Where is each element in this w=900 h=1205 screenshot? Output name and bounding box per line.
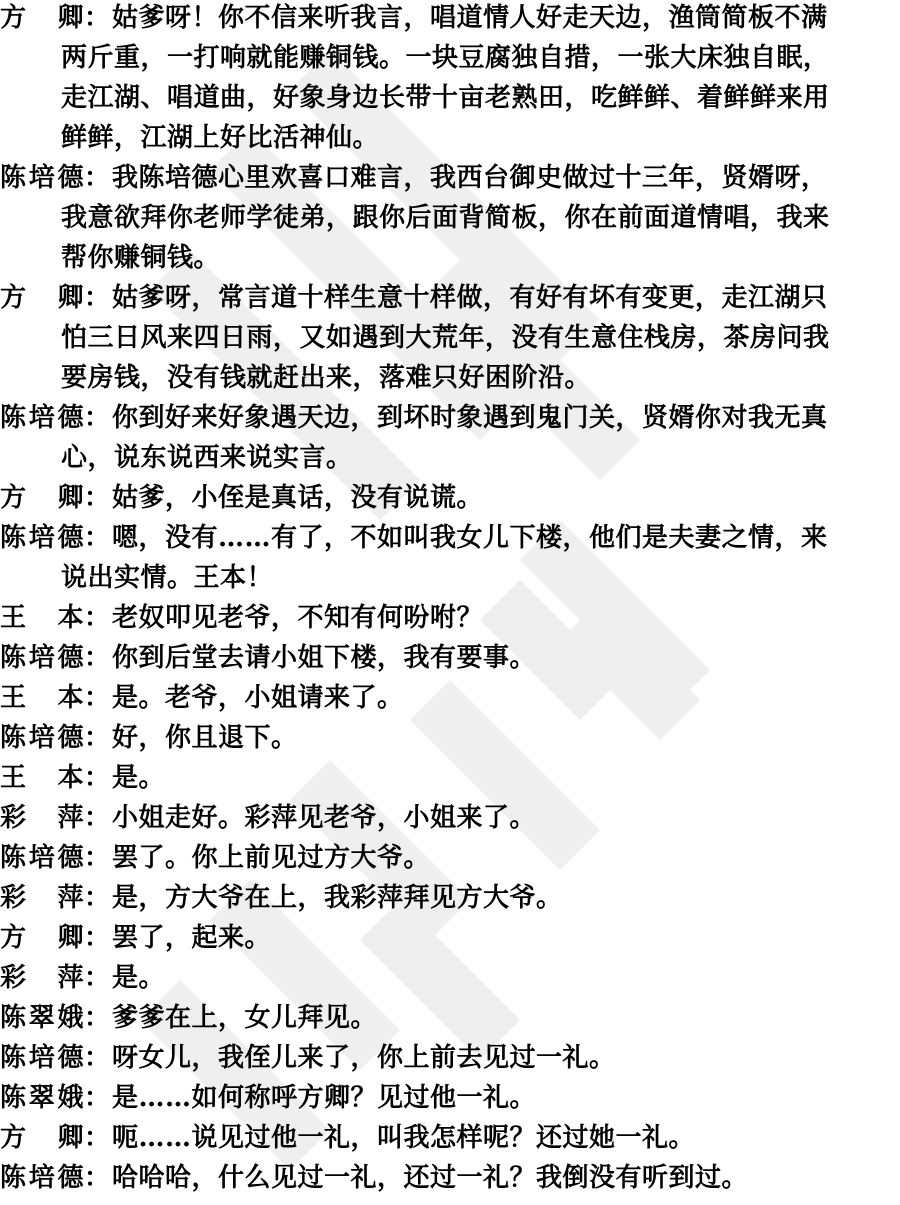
speaker-name: 陈培德 bbox=[0, 840, 84, 880]
dialogue-entry: 陈培德：嗯，没有……有了，不如叫我女儿下楼，他们是夫妻之情，来说出实情。王本！ bbox=[0, 520, 900, 600]
dialogue-entry: 王本：老奴叩见老爷，不知有何吩咐？ bbox=[0, 600, 900, 640]
speaker-colon: ： bbox=[84, 600, 112, 640]
dialogue-entry: 王本：是。 bbox=[0, 760, 900, 800]
dialogue-line-first: 王本：是。老爷，小姐请来了。 bbox=[0, 680, 900, 720]
dialogue-line-first: 方卿：姑爹，小侄是真话，没有说谎。 bbox=[0, 480, 900, 520]
dialogue-entry: 方卿：姑爹呀！你不信来听我言，唱道情人好走天边，渔筒简板不满两斤重，一打响就能赚… bbox=[0, 0, 900, 160]
dialogue-text: 姑爹呀！你不信来听我言，唱道情人好走天边，渔筒简板不满 bbox=[112, 0, 828, 40]
speaker-name: 王本 bbox=[0, 760, 84, 800]
dialogue-entry: 陈培德：呀女儿，我侄儿来了，你上前去见过一礼。 bbox=[0, 1040, 900, 1080]
dialogue-text: 嗯，没有……有了，不如叫我女儿下楼，他们是夫妻之情，来 bbox=[112, 520, 828, 560]
dialogue-line-continuation: 两斤重，一打响就能赚铜钱。一块豆腐独自措，一张大床独自眠， bbox=[0, 40, 900, 80]
dialogue-entry: 彩萍：小姐走好。彩萍见老爷，小姐来了。 bbox=[0, 800, 900, 840]
dialogue-text: 老奴叩见老爷，不知有何吩咐？ bbox=[112, 600, 483, 640]
dialogue-line-first: 彩萍：是。 bbox=[0, 960, 900, 1000]
dialogue-line-continuation: 说出实情。王本！ bbox=[0, 560, 900, 600]
speaker-colon: ： bbox=[84, 800, 112, 840]
dialogue-line-first: 陈培德：我陈培德心里欢喜口难言，我西台御史做过十三年，贤婿呀， bbox=[0, 160, 900, 200]
dialogue-text: 是，方大爷在上，我彩萍拜见方大爷。 bbox=[112, 880, 563, 920]
speaker-name: 方卿 bbox=[0, 920, 84, 960]
speaker-colon: ： bbox=[84, 1000, 112, 1040]
speaker-name: 陈培德 bbox=[0, 160, 84, 200]
dialogue-line-first: 方卿：罢了，起来。 bbox=[0, 920, 900, 960]
dialogue-line-first: 王本：老奴叩见老爷，不知有何吩咐？ bbox=[0, 600, 900, 640]
dialogue-entry: 王本：是。老爷，小姐请来了。 bbox=[0, 680, 900, 720]
dialogue-text: 罢了，起来。 bbox=[112, 920, 271, 960]
dialogue-line-first: 陈翠娥：是……如何称呼方卿？见过他一礼。 bbox=[0, 1080, 900, 1120]
dialogue-entry: 陈翠娥：是……如何称呼方卿？见过他一礼。 bbox=[0, 1080, 900, 1120]
dialogue-entry: 方卿：姑爹，小侄是真话，没有说谎。 bbox=[0, 480, 900, 520]
speaker-colon: ： bbox=[84, 640, 112, 680]
speaker-name: 陈培德 bbox=[0, 400, 84, 440]
dialogue-line-continuation: 鲜鲜，江湖上好比活神仙。 bbox=[0, 120, 900, 160]
dialogue-line-first: 陈培德：好，你且退下。 bbox=[0, 720, 900, 760]
speaker-colon: ： bbox=[84, 760, 112, 800]
dialogue-text: 你到好来好象遇天边，到坏时象遇到鬼门关，贤婿你对我无真 bbox=[112, 400, 828, 440]
dialogue-line-continuation: 走江湖、唱道曲，好象身边长带十亩老熟田，吃鲜鲜、着鲜鲜来用 bbox=[0, 80, 900, 120]
dialogue-entry: 方卿：呃……说见过他一礼，叫我怎样呢？还过她一礼。 bbox=[0, 1120, 900, 1160]
dialogue-entry: 陈培德：好，你且退下。 bbox=[0, 720, 900, 760]
speaker-colon: ： bbox=[84, 880, 112, 920]
speaker-name: 陈翠娥 bbox=[0, 1080, 84, 1120]
dialogue-text: 是。 bbox=[112, 960, 165, 1000]
dialogue-line-continuation: 心，说东说西来说实言。 bbox=[0, 440, 900, 480]
speaker-name: 方卿 bbox=[0, 1120, 84, 1160]
dialogue-text: 哈哈哈，什么见过一礼，还过一礼？我倒没有听到过。 bbox=[112, 1160, 748, 1200]
speaker-name: 陈培德 bbox=[0, 1040, 84, 1080]
dialogue-line-first: 方卿：姑爹呀！你不信来听我言，唱道情人好走天边，渔筒简板不满 bbox=[0, 0, 900, 40]
speaker-name: 方卿 bbox=[0, 480, 84, 520]
dialogue-line-first: 陈培德：你到好来好象遇天边，到坏时象遇到鬼门关，贤婿你对我无真 bbox=[0, 400, 900, 440]
speaker-name: 方卿 bbox=[0, 0, 84, 40]
dialogue-entry: 方卿：罢了，起来。 bbox=[0, 920, 900, 960]
dialogue-line-first: 彩萍：是，方大爷在上，我彩萍拜见方大爷。 bbox=[0, 880, 900, 920]
dialogue-text: 呃……说见过他一礼，叫我怎样呢？还过她一礼。 bbox=[112, 1120, 695, 1160]
speaker-colon: ： bbox=[84, 920, 112, 960]
speaker-name: 陈培德 bbox=[0, 520, 84, 560]
speaker-name: 王本 bbox=[0, 600, 84, 640]
dialogue-text: 姑爹呀，常言道十样生意十样做，有好有坏有变更，走江湖只 bbox=[112, 280, 828, 320]
dialogue-line-continuation: 要房钱，没有钱就赶出来，落难只好困阶沿。 bbox=[0, 360, 900, 400]
speaker-colon: ： bbox=[84, 1160, 112, 1200]
dialogue-line-first: 陈培德：你到后堂去请小姐下楼，我有要事。 bbox=[0, 640, 900, 680]
dialogue-entry: 陈培德：你到好来好象遇天边，到坏时象遇到鬼门关，贤婿你对我无真心，说东说西来说实… bbox=[0, 400, 900, 480]
speaker-colon: ： bbox=[84, 1120, 112, 1160]
dialogue-text: 是……如何称呼方卿？见过他一礼。 bbox=[112, 1080, 536, 1120]
dialogue-text: 是。 bbox=[112, 760, 165, 800]
speaker-colon: ： bbox=[84, 0, 112, 40]
speaker-name: 方卿 bbox=[0, 280, 84, 320]
dialogue-entry: 陈翠娥：爹爹在上，女儿拜见。 bbox=[0, 1000, 900, 1040]
dialogue-text: 小姐走好。彩萍见老爷，小姐来了。 bbox=[112, 800, 536, 840]
speaker-colon: ： bbox=[84, 720, 112, 760]
dialogue-line-first: 王本：是。 bbox=[0, 760, 900, 800]
speaker-name: 陈培德 bbox=[0, 1160, 84, 1200]
dialogue-line-first: 陈培德：哈哈哈，什么见过一礼，还过一礼？我倒没有听到过。 bbox=[0, 1160, 900, 1200]
dialogue-line-continuation: 怕三日风来四日雨，又如遇到大荒年，没有生意住栈房，茶房问我 bbox=[0, 320, 900, 360]
dialogue-line-first: 方卿：姑爹呀，常言道十样生意十样做，有好有坏有变更，走江湖只 bbox=[0, 280, 900, 320]
dialogue-text: 爹爹在上，女儿拜见。 bbox=[112, 1000, 377, 1040]
speaker-colon: ： bbox=[84, 680, 112, 720]
speaker-name: 王本 bbox=[0, 680, 84, 720]
dialogue-entry: 方卿：姑爹呀，常言道十样生意十样做，有好有坏有变更，走江湖只怕三日风来四日雨，又… bbox=[0, 280, 900, 400]
speaker-colon: ： bbox=[84, 480, 112, 520]
script-document: 方卿：姑爹呀！你不信来听我言，唱道情人好走天边，渔筒简板不满两斤重，一打响就能赚… bbox=[0, 0, 900, 1200]
speaker-name: 彩萍 bbox=[0, 800, 84, 840]
dialogue-line-first: 陈翠娥：爹爹在上，女儿拜见。 bbox=[0, 1000, 900, 1040]
speaker-name: 彩萍 bbox=[0, 960, 84, 1000]
speaker-colon: ： bbox=[84, 1040, 112, 1080]
speaker-colon: ： bbox=[84, 1080, 112, 1120]
dialogue-text: 你到后堂去请小姐下楼，我有要事。 bbox=[112, 640, 536, 680]
dialogue-entry: 彩萍：是。 bbox=[0, 960, 900, 1000]
dialogue-line-first: 陈培德：罢了。你上前见过方大爷。 bbox=[0, 840, 900, 880]
dialogue-entry: 陈培德：你到后堂去请小姐下楼，我有要事。 bbox=[0, 640, 900, 680]
speaker-name: 陈翠娥 bbox=[0, 1000, 84, 1040]
speaker-colon: ： bbox=[84, 280, 112, 320]
speaker-name: 陈培德 bbox=[0, 640, 84, 680]
dialogue-text: 呀女儿，我侄儿来了，你上前去见过一礼。 bbox=[112, 1040, 616, 1080]
dialogue-text: 我陈培德心里欢喜口难言，我西台御史做过十三年，贤婿呀， bbox=[112, 160, 828, 200]
dialogue-line-first: 陈培德：呀女儿，我侄儿来了，你上前去见过一礼。 bbox=[0, 1040, 900, 1080]
dialogue-line-first: 彩萍：小姐走好。彩萍见老爷，小姐来了。 bbox=[0, 800, 900, 840]
dialogue-line-continuation: 我意欲拜你老师学徒弟，跟你后面背简板，你在前面道情唱，我来 bbox=[0, 200, 900, 240]
speaker-name: 陈培德 bbox=[0, 720, 84, 760]
dialogue-entry: 陈培德：我陈培德心里欢喜口难言，我西台御史做过十三年，贤婿呀，我意欲拜你老师学徒… bbox=[0, 160, 900, 280]
dialogue-text: 罢了。你上前见过方大爷。 bbox=[112, 840, 430, 880]
dialogue-line-continuation: 帮你赚铜钱。 bbox=[0, 240, 900, 280]
speaker-name: 彩萍 bbox=[0, 880, 84, 920]
dialogue-text: 是。老爷，小姐请来了。 bbox=[112, 680, 404, 720]
dialogue-entry: 彩萍：是，方大爷在上，我彩萍拜见方大爷。 bbox=[0, 880, 900, 920]
dialogue-line-first: 方卿：呃……说见过他一礼，叫我怎样呢？还过她一礼。 bbox=[0, 1120, 900, 1160]
dialogue-text: 姑爹，小侄是真话，没有说谎。 bbox=[112, 480, 483, 520]
speaker-colon: ： bbox=[84, 520, 112, 560]
dialogue-text: 好，你且退下。 bbox=[112, 720, 298, 760]
speaker-colon: ： bbox=[84, 960, 112, 1000]
speaker-colon: ： bbox=[84, 400, 112, 440]
dialogue-entry: 陈培德：哈哈哈，什么见过一礼，还过一礼？我倒没有听到过。 bbox=[0, 1160, 900, 1200]
dialogue-entry: 陈培德：罢了。你上前见过方大爷。 bbox=[0, 840, 900, 880]
speaker-colon: ： bbox=[84, 840, 112, 880]
speaker-colon: ： bbox=[84, 160, 112, 200]
dialogue-line-first: 陈培德：嗯，没有……有了，不如叫我女儿下楼，他们是夫妻之情，来 bbox=[0, 520, 900, 560]
